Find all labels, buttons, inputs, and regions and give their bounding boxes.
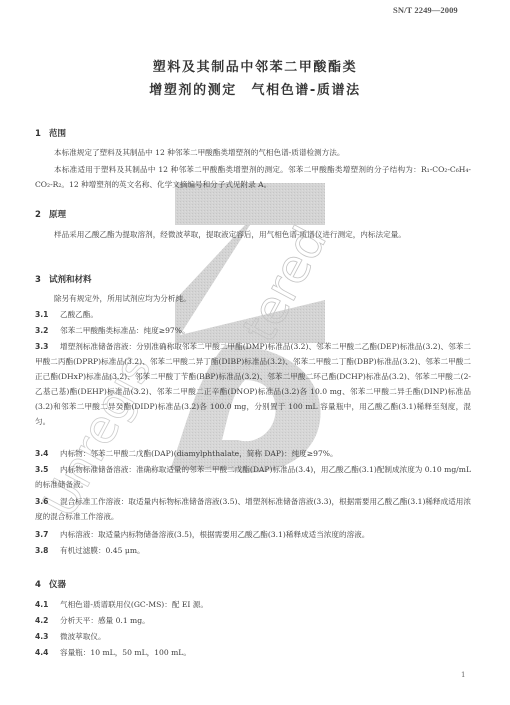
page-number: 1 [461, 671, 465, 679]
section-heading-scope: 1范围 [35, 127, 66, 139]
document-page: tered Unregis SN/T 2249—2009 塑料及其制品中邻苯二甲… [0, 0, 510, 705]
clause-3-1: 3.1乙酸乙酯。 [35, 307, 471, 322]
clause-3-2: 3.2邻苯二甲酸酯类标准品：纯度≥97%。 [35, 323, 471, 338]
clause-4-4: 4.4容量瓶：10 mL，50 mL，100 mL。 [35, 645, 471, 660]
paragraph-reagents-intro: 除另有规定外，所用试剂应均为分析纯。 [35, 291, 471, 306]
section-heading-apparatus: 4仪器 [35, 578, 66, 590]
paragraph-scope-1: 本标准规定了塑料及其制品中 12 种邻苯二甲酸酯类增塑剂的气相色谱-质谱检测方法… [35, 145, 471, 160]
section-heading-reagents: 3试剂和材料 [35, 273, 92, 285]
clause-4-1: 4.1气相色谱-质谱联用仪(GC-MS)：配 EI 源。 [35, 597, 471, 612]
clause-4-2: 4.2分析天平：感量 0.1 mg。 [35, 613, 471, 628]
section-heading-principle: 2原理 [35, 208, 66, 220]
paragraph-principle: 样品采用乙酸乙酯为提取溶剂，经微波萃取，提取液定容后，用气相色谱-质谱仪进行测定… [35, 227, 471, 242]
document-title-line-2: 增塑剂的测定 气相色谱-质谱法 [0, 79, 510, 98]
clause-3-4: 3.4内标物：邻苯二甲酸二戊酯(DAP)(diamylphthalate，简称 … [35, 446, 471, 461]
clause-3-7: 3.7内标溶液：取适量内标物储备溶液(3.5)，根据需要用乙酸乙酯(3.1)稀释… [35, 527, 471, 542]
clause-3-8: 3.8有机过滤膜：0.45 μm。 [35, 543, 471, 558]
clause-4-3: 4.3微波萃取仪。 [35, 629, 471, 644]
document-title-line-1: 塑料及其制品中邻苯二甲酸酯类 [0, 56, 510, 75]
clause-3-6: 3.6混合标准工作溶液：取适量内标物标准储备溶液(3.5)、增塑剂标准储备溶液(… [35, 494, 471, 524]
paragraph-scope-2: 本标准适用于塑料及其制品中 12 种邻苯二甲酸酯类增塑剂的测定。邻苯二甲酸酯类增… [35, 162, 471, 192]
clause-3-3: 3.3增塑剂标准储备溶液：分别准确称取邻苯二甲酸二甲酯(DMP)标准品(3.2)… [35, 339, 471, 429]
clause-3-5: 3.5内标物标准储备溶液：准确称取适量的邻苯二甲酸二戊酯(DAP)标准品(3.4… [35, 462, 471, 492]
standard-code: SN/T 2249—2009 [393, 5, 458, 15]
